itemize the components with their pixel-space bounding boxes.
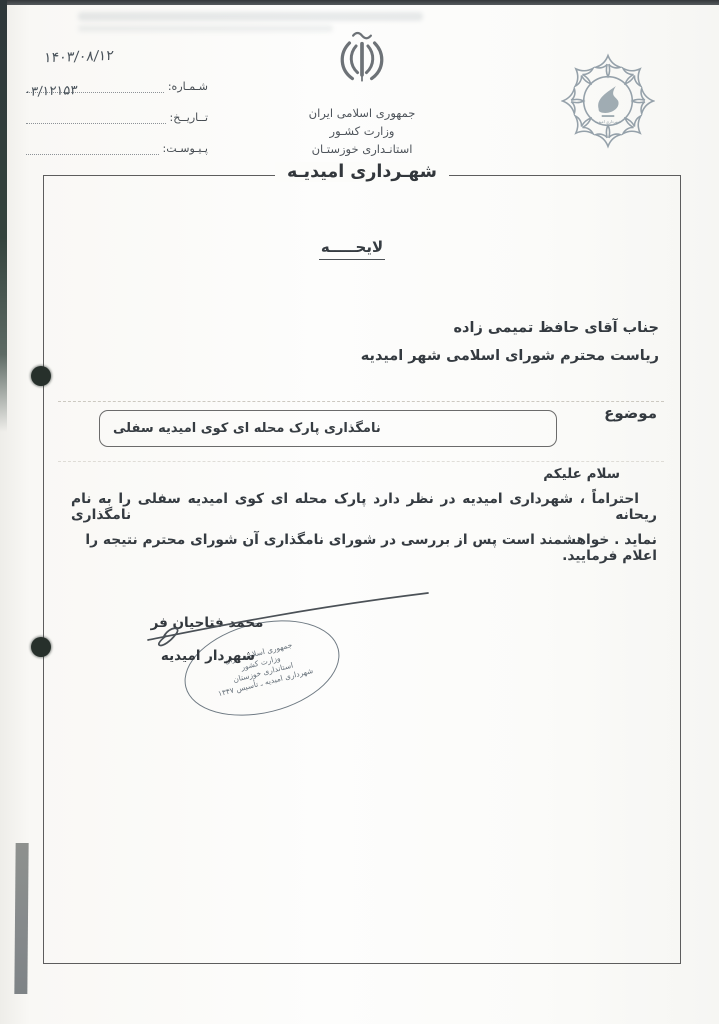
logo-flame-icon [598, 86, 618, 113]
iran-coat-of-arms-icon [325, 26, 399, 100]
handwritten-date: ۱۴۰۳/۰۸/۱۲ [43, 48, 114, 66]
handwritten-signature [136, 584, 436, 652]
omidiyeh-municipality-logo: شهرداری امیدیه [561, 50, 655, 152]
letter-border-frame [43, 175, 681, 964]
gov-line-governorate: استانـداری خوزستـان [252, 140, 472, 158]
municipality-title: شهـرداری امیدیـه [275, 162, 449, 182]
salutation: سلام علیکم [543, 466, 620, 482]
number-field-label: شـمـاره: [168, 80, 208, 93]
fold-mark [58, 401, 664, 402]
scanned-letter-page: ۱۴۰۳/۰۸/۱۲ ۰۳/۱۲۱۵۳ شـمـاره: تــاریــخ: … [0, 0, 719, 1024]
scan-top-edge [0, 0, 719, 5]
date-field-dotted-line [26, 112, 166, 124]
date-field: تــاریــخ: [26, 110, 208, 124]
punch-hole [31, 637, 51, 657]
gov-line-country: جمهوری اسلامی ایران [252, 104, 472, 122]
punch-hole [31, 366, 51, 386]
handwritten-letter-number: ۰۳/۱۲۱۵۳ [23, 83, 78, 100]
binding-shadow-bar [14, 843, 28, 994]
recipient-title: ریاست محترم شورای اسلامی شهر امیدیه [239, 348, 659, 364]
attachment-field-dotted-line [26, 143, 159, 155]
fold-mark [58, 461, 664, 462]
body-line-2: نماید . خواهشمند است پس از بررسی در شورا… [71, 532, 657, 564]
date-field-label: تــاریــخ: [170, 111, 208, 124]
recipient-name: جناب آقای حافظ تمیمی زاده [239, 320, 659, 336]
subject-box: نامگذاری پارک محله ای کوی امیدیه سفلی [99, 410, 557, 447]
subject-label: موضوع [604, 404, 657, 422]
logo-caption: شهرداری امیدیه [595, 119, 621, 124]
letter-body: احتراماً ، شهرداری امیدیه در نظر دارد پا… [71, 491, 657, 564]
doc-type-heading: لایحـــــه [292, 238, 412, 256]
body-line-1: احتراماً ، شهرداری امیدیه در نظر دارد پا… [71, 491, 657, 523]
gov-line-ministry: وزارت کشـور [252, 122, 472, 140]
recipient-block: جناب آقای حافظ تمیمی زاده ریاست محترم شو… [239, 320, 659, 364]
attachment-field: پـیـوسـت: [26, 141, 208, 155]
subject-text: نامگذاری پارک محله ای کوی امیدیه سفلی [113, 421, 381, 436]
attachment-field-label: پـیـوسـت: [163, 142, 208, 155]
scan-left-edge [0, 0, 7, 432]
org-title-wrap: شهـرداری امیدیـه [43, 162, 681, 182]
letterhead-center: جمهوری اسلامی ایران وزارت کشـور استانـدا… [252, 26, 472, 158]
ink-bleed-smudge [78, 12, 423, 21]
